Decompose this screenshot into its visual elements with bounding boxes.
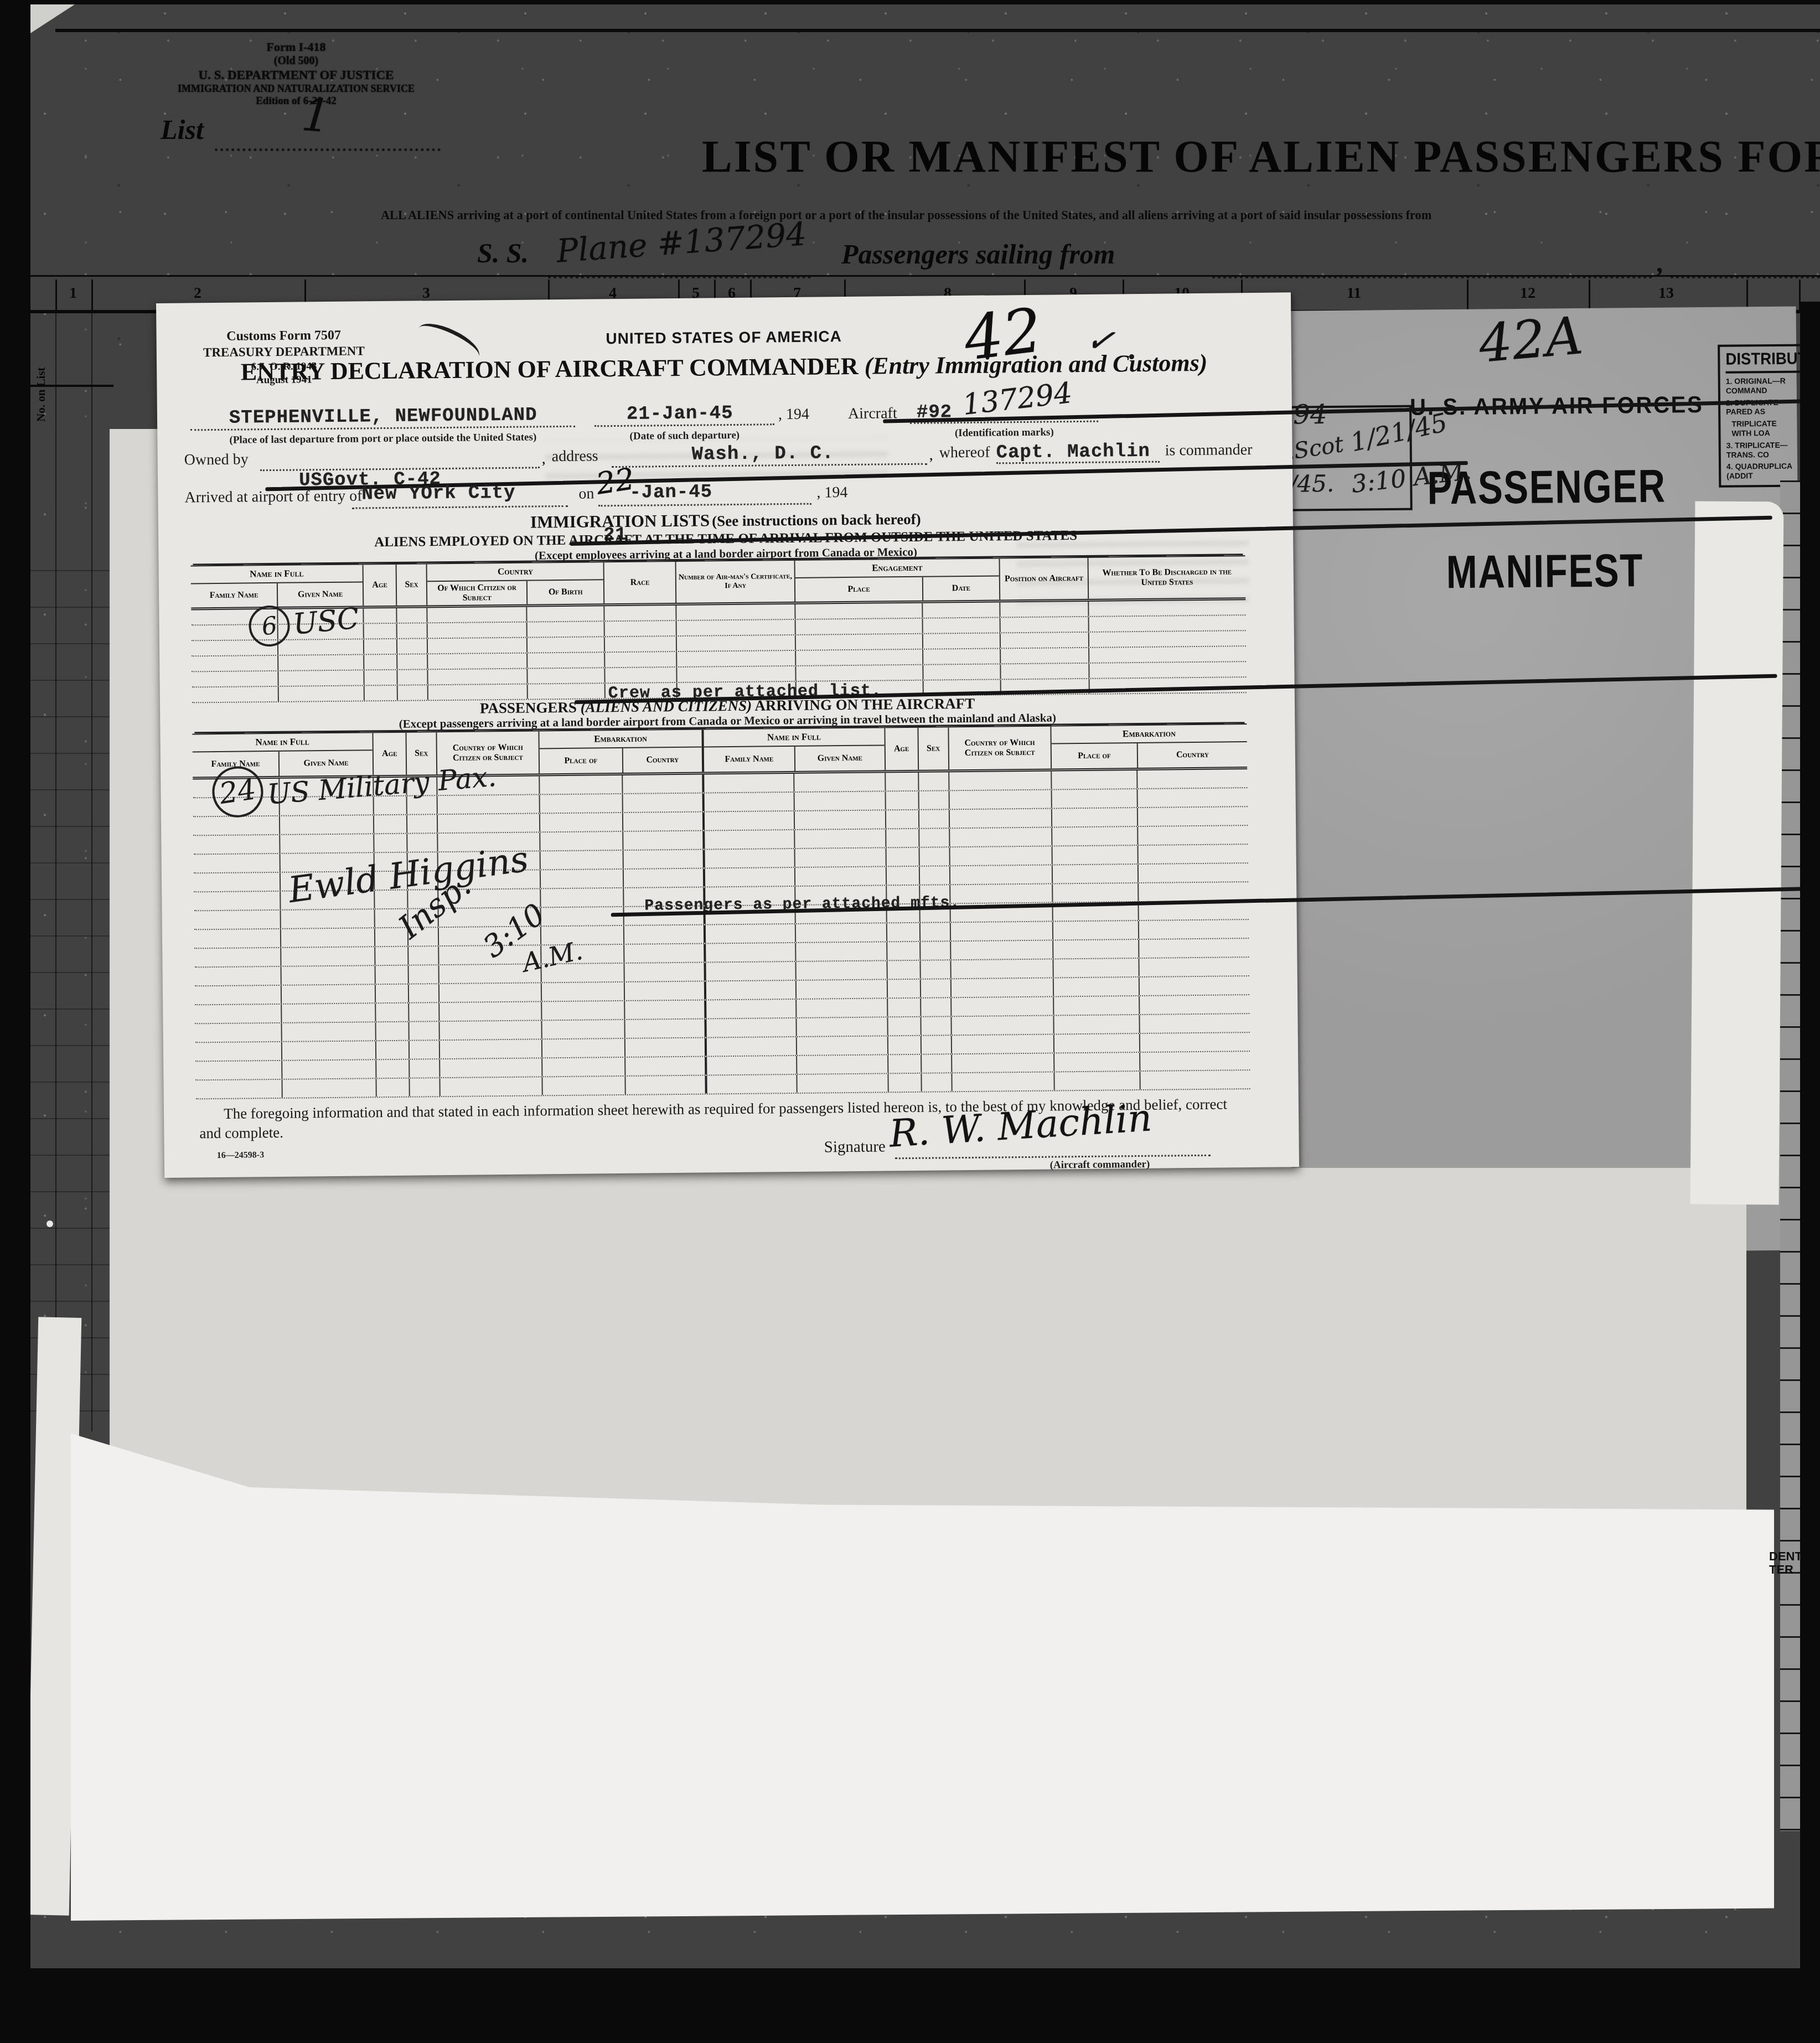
table-cell: [540, 888, 623, 907]
table-cell: [795, 1017, 887, 1036]
ins-edition: Edition of 6-20-42: [166, 95, 426, 108]
table-cell: [409, 1059, 439, 1078]
table-cell: [794, 867, 886, 886]
table-cell: [280, 909, 374, 928]
page-title: LIST OR MANIFEST OF ALIEN PASSENGERS FOR: [702, 131, 1820, 183]
table-cell: [950, 922, 1052, 941]
top-black-margin: [0, 0, 1820, 4]
table-cell: [886, 923, 919, 942]
table-cell: [526, 637, 604, 652]
table-cell: [397, 670, 427, 685]
crew-h-citizen: Of Which Citizen or Subject: [427, 581, 526, 606]
table-cell: [1088, 616, 1246, 632]
pax-h-given-r: Given Name: [794, 746, 885, 771]
table-cell: [921, 1036, 951, 1054]
table-cell: [279, 815, 373, 834]
table-cell: [794, 848, 885, 867]
table-cell: [374, 966, 407, 984]
table-cell: [624, 1038, 705, 1057]
table-cell: [623, 869, 703, 887]
table-cell: [527, 668, 604, 683]
departure-place-value: STEPHENVILLE, NEWFOUNDLAND: [229, 405, 537, 428]
table-cell: [704, 962, 795, 981]
table-cell: [705, 1056, 796, 1075]
aircraft-commander-label: (Aircraft commander): [984, 1158, 1216, 1172]
table-cell: [948, 790, 1051, 809]
distribution-item-4: 3. TRIPLICATE— TRANS. CO: [1726, 440, 1805, 459]
table-cell: [409, 1041, 439, 1059]
table-cell: [396, 639, 427, 654]
right-white-sheet-edge: [1690, 501, 1784, 1204]
table-cell: [999, 602, 1088, 617]
table-cell: [1000, 617, 1088, 633]
table-cell: [195, 1080, 281, 1098]
table-cell: [794, 603, 922, 619]
table-cell: [704, 981, 795, 1000]
col-3: 3: [422, 285, 430, 302]
table-cell: [541, 1077, 624, 1095]
right-black-margin: [1800, 302, 1820, 2043]
table-cell: [704, 1018, 795, 1037]
pax-title-2: (ALIENS AND CITIZENS): [580, 697, 752, 716]
table-cell: [281, 1041, 375, 1060]
table-cell: [426, 607, 526, 623]
table-cell: [406, 834, 437, 852]
table-cell: [796, 1055, 887, 1074]
table-cell: [676, 635, 795, 651]
table-cell: [439, 1077, 541, 1096]
table-cell: [195, 1023, 281, 1042]
immigration-lists-note: (See instructions on back hereof): [712, 511, 921, 530]
ins-service: IMMIGRATION AND NATURALIZATION SERVICE: [166, 83, 426, 95]
departure-place-label: (Place of last departure from port or pl…: [190, 431, 575, 447]
table-cell: [427, 638, 526, 654]
table-cell: [438, 1002, 541, 1021]
table-cell: [795, 619, 922, 634]
pax-h-family-r: Family Name: [704, 747, 794, 772]
table-cell: [373, 815, 406, 834]
table-cell: [375, 985, 408, 1003]
table-cell: [918, 810, 949, 828]
crew-h-discharge: Whether To Be Discharged in the United S…: [1088, 556, 1245, 599]
table-cell: [1138, 920, 1249, 939]
crew-h-sex: Sex: [396, 564, 427, 606]
distribution-title: DISTRIBUTION: [1725, 349, 1807, 374]
table-cell: [796, 1074, 887, 1093]
year-194-2: , 194: [816, 484, 847, 502]
table-cell: [885, 829, 918, 847]
crew-h-engagement: Engagement: [795, 558, 999, 578]
col-13: 13: [1658, 285, 1674, 302]
immigration-lists-heading: IMMIGRATION LISTS (See instructions on b…: [530, 509, 921, 532]
table-cell: [1136, 788, 1247, 807]
table-cell: [194, 929, 280, 948]
table-cell: [622, 775, 702, 793]
table-cell: [527, 684, 604, 699]
declaration-title-main: ENTRY DECLARATION OF AIRCRAFT COMMANDER: [241, 353, 859, 386]
table-cell: [795, 650, 922, 665]
table-cell: [193, 835, 279, 854]
scanned-manifest-page: Form I-418 (Old 500) U. S. DEPARTMENT OF…: [0, 0, 1820, 2043]
table-cell: [526, 606, 603, 621]
page-42a-handwriting: 42A: [1477, 306, 1585, 375]
colrow-top-rule: [30, 275, 1820, 277]
table-cell: [539, 832, 622, 850]
table-cell: [194, 854, 280, 872]
pax-title-3: ARRIVING ON THE AIRCRAFT: [754, 695, 975, 714]
table-cell: [541, 1039, 624, 1057]
table-cell: [1052, 921, 1138, 939]
table-cell: [950, 960, 1052, 979]
table-cell: [439, 1058, 541, 1077]
table-cell: [437, 814, 539, 832]
table-cell: [921, 1054, 951, 1073]
table-cell: [949, 847, 1051, 866]
table-cell: [676, 666, 795, 682]
crew-h-name: Name in Full: [191, 565, 363, 584]
table-cell: [886, 867, 919, 885]
table-cell: [1136, 769, 1247, 788]
crew-h-race: Race: [603, 562, 676, 603]
crew-h-certificate: Number of Air-man's Certificate, If Any: [675, 561, 795, 603]
table-cell: [408, 984, 438, 1002]
table-cell: [1139, 1014, 1249, 1033]
table-cell: [922, 602, 999, 617]
table-cell: [1139, 995, 1249, 1014]
pax-h-country2-r: Country: [1137, 742, 1247, 768]
table-cell: [1053, 1034, 1139, 1052]
table-cell: [922, 633, 1000, 648]
crew-h-birth: Of Birth: [526, 580, 604, 604]
table-cell: [375, 1041, 409, 1059]
table-cell: [604, 621, 676, 636]
table-cell: [705, 1075, 796, 1094]
table-cell: [885, 773, 918, 791]
table-cell: [885, 848, 918, 866]
table-cell: [624, 1076, 705, 1094]
pax-h-country2-l: Country: [622, 748, 702, 773]
table-cell: [886, 942, 919, 960]
table-cell: [949, 866, 1052, 885]
table-cell: [705, 1037, 796, 1056]
list-number-handwriting: 1: [299, 89, 333, 143]
table-cell: [194, 873, 280, 891]
table-cell: [281, 1060, 375, 1079]
table-cell: [887, 1036, 921, 1054]
sailing-from-label: Passengers sailing from: [841, 238, 1115, 270]
airport-line: [352, 505, 568, 509]
ss-label: S. S.: [477, 237, 529, 269]
table-cell: [704, 943, 795, 962]
table-cell: [277, 655, 363, 670]
table-cell: [541, 1001, 624, 1020]
page-42-handwriting: 42: [960, 294, 1046, 374]
table-cell: [793, 792, 885, 810]
table-cell: [950, 941, 1052, 960]
comma-2: ,: [929, 447, 933, 464]
left-row-lines: [30, 570, 112, 1428]
pax-h-sex-r: Sex: [917, 727, 948, 770]
table-cell: [1053, 977, 1139, 996]
airport-value: New YOrk City: [361, 483, 516, 505]
table-cell: [439, 1039, 541, 1058]
pax-h-embark-r: Embarkation: [1051, 725, 1247, 744]
commander-value: Capt. Machlin: [996, 441, 1150, 464]
table-cell: [282, 1079, 376, 1098]
table-cell: [406, 815, 437, 833]
table-cell: [1138, 958, 1249, 976]
table-cell: [887, 999, 920, 1017]
table-cell: [1051, 808, 1137, 826]
crew-h-family: Family Name: [191, 583, 277, 607]
bottom-black-margin: [0, 1968, 1820, 2043]
table-cell: [921, 1073, 951, 1092]
table-cell: [886, 961, 919, 979]
table-cell: [375, 1004, 408, 1022]
table-cell: [526, 622, 604, 637]
signature-label: Signature: [824, 1137, 886, 1156]
table-cell: [702, 774, 793, 793]
table-cell: [950, 997, 1053, 1016]
page-subtitle: ALL ALIENS arriving at a port of contine…: [381, 208, 1431, 223]
table-cell: [920, 1017, 950, 1035]
table-cell: [604, 668, 676, 682]
table-cell: [918, 829, 949, 847]
army-edge-grid-strip: [1780, 480, 1800, 1831]
ins-stamp: Form I-418 (Old 500) U. S. DEPARTMENT OF…: [166, 40, 426, 107]
table-cell: [885, 792, 918, 810]
ink-dot: [1129, 354, 1134, 359]
table-cell: [624, 982, 704, 1000]
table-cell: [794, 829, 885, 848]
departure-date-label: (Date of such departure): [594, 429, 774, 443]
table-cell: [281, 985, 375, 1004]
table-cell: [623, 963, 704, 981]
passenger-rows: [193, 769, 1250, 1099]
table-cell: [704, 1000, 795, 1018]
crew-h-place: Place: [795, 577, 922, 602]
table-cell: [375, 1079, 409, 1097]
table-cell: [623, 944, 704, 963]
table-cell: [1088, 662, 1246, 678]
table-cell: [922, 618, 1000, 633]
table-cell: [1053, 1015, 1139, 1033]
table-cell: [280, 928, 374, 947]
table-cell: [194, 911, 280, 929]
table-cell: [795, 634, 922, 650]
departure-date-value: 21-Jan-45: [627, 403, 733, 425]
table-cell: [396, 608, 426, 623]
table-cell: [704, 924, 795, 943]
table-cell: [885, 810, 918, 829]
table-cell: [1052, 865, 1137, 883]
table-cell: [281, 966, 375, 985]
table-cell: [1139, 1070, 1250, 1089]
table-cell: [1088, 646, 1246, 663]
table-cell: [622, 794, 702, 812]
table-cell: [1139, 976, 1249, 995]
pax-h-embark-l: Embarkation: [539, 730, 701, 749]
table-cell: [540, 907, 623, 925]
table-cell: [887, 1017, 920, 1036]
customs-declaration-sheet: Customs Form 7507 TREASURY DEPARTMENT 6.…: [156, 292, 1299, 1178]
table-cell: [278, 686, 364, 701]
table-cell: [793, 773, 885, 792]
table-cell: [363, 655, 396, 670]
table-cell: [949, 809, 1051, 828]
table-cell: [541, 1020, 624, 1038]
table-cell: [887, 1055, 921, 1073]
table-cell: [795, 923, 886, 942]
table-cell: [540, 851, 623, 869]
table-cell: [1053, 1053, 1139, 1071]
is-commander-label: is commander: [1165, 441, 1252, 460]
table-cell: [407, 965, 438, 984]
table-cell: [439, 1021, 541, 1039]
table-cell: [396, 654, 427, 669]
comma-1: ,: [542, 450, 546, 468]
ins-form-number: Form I-418: [166, 40, 426, 54]
ins-old-number: (Old 500): [166, 54, 426, 68]
table-cell: [1052, 940, 1138, 958]
table-cell: [277, 670, 363, 685]
punch-hole: [46, 1220, 53, 1227]
table-cell: [1000, 648, 1088, 664]
table-cell: [918, 847, 949, 866]
print-code: 16—24598-3: [217, 1150, 264, 1161]
table-cell: [408, 1003, 438, 1021]
col-2: 2: [194, 285, 201, 302]
table-cell: [280, 947, 374, 966]
table-cell: [375, 1060, 409, 1078]
table-cell: [193, 816, 279, 835]
table-cell: [195, 967, 281, 985]
no-on-list-label: No. on List: [34, 344, 48, 422]
army-title-manifest: MANIFEST: [1446, 544, 1643, 599]
table-cell: [539, 775, 622, 794]
table-cell: [364, 670, 397, 685]
table-cell: [604, 637, 676, 651]
table-cell: [277, 639, 363, 654]
table-cell: [541, 1058, 624, 1076]
table-cell: [950, 979, 1053, 997]
table-cell: [919, 942, 950, 960]
table-cell: [279, 834, 373, 853]
year-194: , 194: [778, 406, 809, 424]
table-cell: [676, 651, 795, 666]
table-cell: [195, 1042, 281, 1061]
table-cell: [1051, 846, 1137, 864]
owned-by-label: Owned by: [184, 451, 249, 469]
table-cell: [1052, 959, 1138, 977]
table-cell: [795, 961, 886, 980]
customs-form-number: Customs Form 7507: [187, 327, 380, 345]
table-cell: [427, 685, 527, 700]
table-cell: [437, 795, 539, 814]
distribution-box: DISTRIBUTION 1. ORIGINAL—R COMMAND 2. DU…: [1718, 344, 1807, 487]
table-cell: [427, 654, 526, 669]
col-12: 12: [1520, 285, 1535, 302]
table-cell: [1051, 827, 1137, 845]
crew-usc-handwriting: USC: [292, 602, 360, 641]
table-cell: [795, 980, 887, 999]
table-cell: [623, 925, 704, 944]
table-cell: [702, 830, 794, 849]
table-cell: [281, 1004, 375, 1022]
table-cell: [1088, 631, 1246, 647]
pax-h-placeof-r: Place of: [1052, 743, 1137, 768]
table-cell: [622, 831, 702, 850]
top-rule: [55, 29, 1820, 32]
table-cell: [1000, 633, 1088, 648]
table-cell: [1051, 770, 1136, 789]
table-cell: [407, 946, 438, 965]
table-cell: [1053, 1072, 1139, 1090]
table-cell: [1137, 826, 1248, 845]
table-cell: [363, 639, 396, 654]
table-cell: [951, 1073, 1053, 1092]
identification-marks-label: (Identification marks): [910, 426, 1098, 440]
table-cell: [427, 669, 527, 685]
crew-h-position: Position on Aircraft: [999, 558, 1088, 600]
table-cell: [919, 866, 949, 885]
table-cell: [396, 623, 427, 638]
table-cell: [1137, 863, 1248, 882]
table-cell: [363, 608, 396, 623]
table-cell: [192, 656, 277, 671]
table-cell: [1088, 600, 1245, 616]
pax-h-name-l: Name in Full: [192, 733, 372, 752]
table-cell: [920, 998, 950, 1016]
table-cell: [364, 686, 397, 701]
table-cell: [919, 960, 950, 979]
table-cell: [540, 870, 623, 888]
distribution-item-3: TRIPLICATE WITH LOA: [1731, 419, 1805, 438]
table-cell: [795, 999, 887, 1017]
address-value: Wash., D. C.: [691, 443, 834, 465]
comma: ,: [1656, 248, 1663, 278]
check-mark-handwriting: ✓: [1083, 318, 1118, 363]
pax-title-1: PASSENGERS: [480, 699, 577, 717]
table-cell: [676, 620, 795, 635]
list-label: List: [161, 113, 204, 146]
pax-h-country-r: Country of Which Citizen or Subject: [948, 727, 1051, 770]
crew-h-country: Country: [427, 562, 603, 582]
table-cell: [192, 671, 277, 686]
whereof-label: whereof: [939, 444, 990, 462]
immigration-lists-title: IMMIGRATION LISTS: [530, 510, 710, 531]
table-cell: [949, 828, 1051, 847]
table-cell: [920, 979, 950, 997]
table-cell: [195, 1061, 281, 1079]
arrival-date-rest: -Jan-45: [629, 482, 712, 503]
col-11: 11: [1347, 285, 1361, 302]
table-cell: [887, 980, 920, 998]
crew-h-date: Date: [922, 576, 1000, 600]
table-cell: [194, 948, 280, 966]
table-cell: [604, 652, 676, 667]
table-cell: [702, 811, 794, 830]
table-cell: [702, 849, 794, 868]
table-cell: [918, 772, 948, 790]
table-cell: [192, 687, 278, 702]
list-underline: [215, 148, 441, 151]
table-cell: [795, 665, 923, 681]
table-cell: [1053, 996, 1139, 1015]
table-cell: [195, 986, 281, 1004]
table-cell: [539, 794, 622, 813]
table-cell: [409, 1078, 439, 1097]
